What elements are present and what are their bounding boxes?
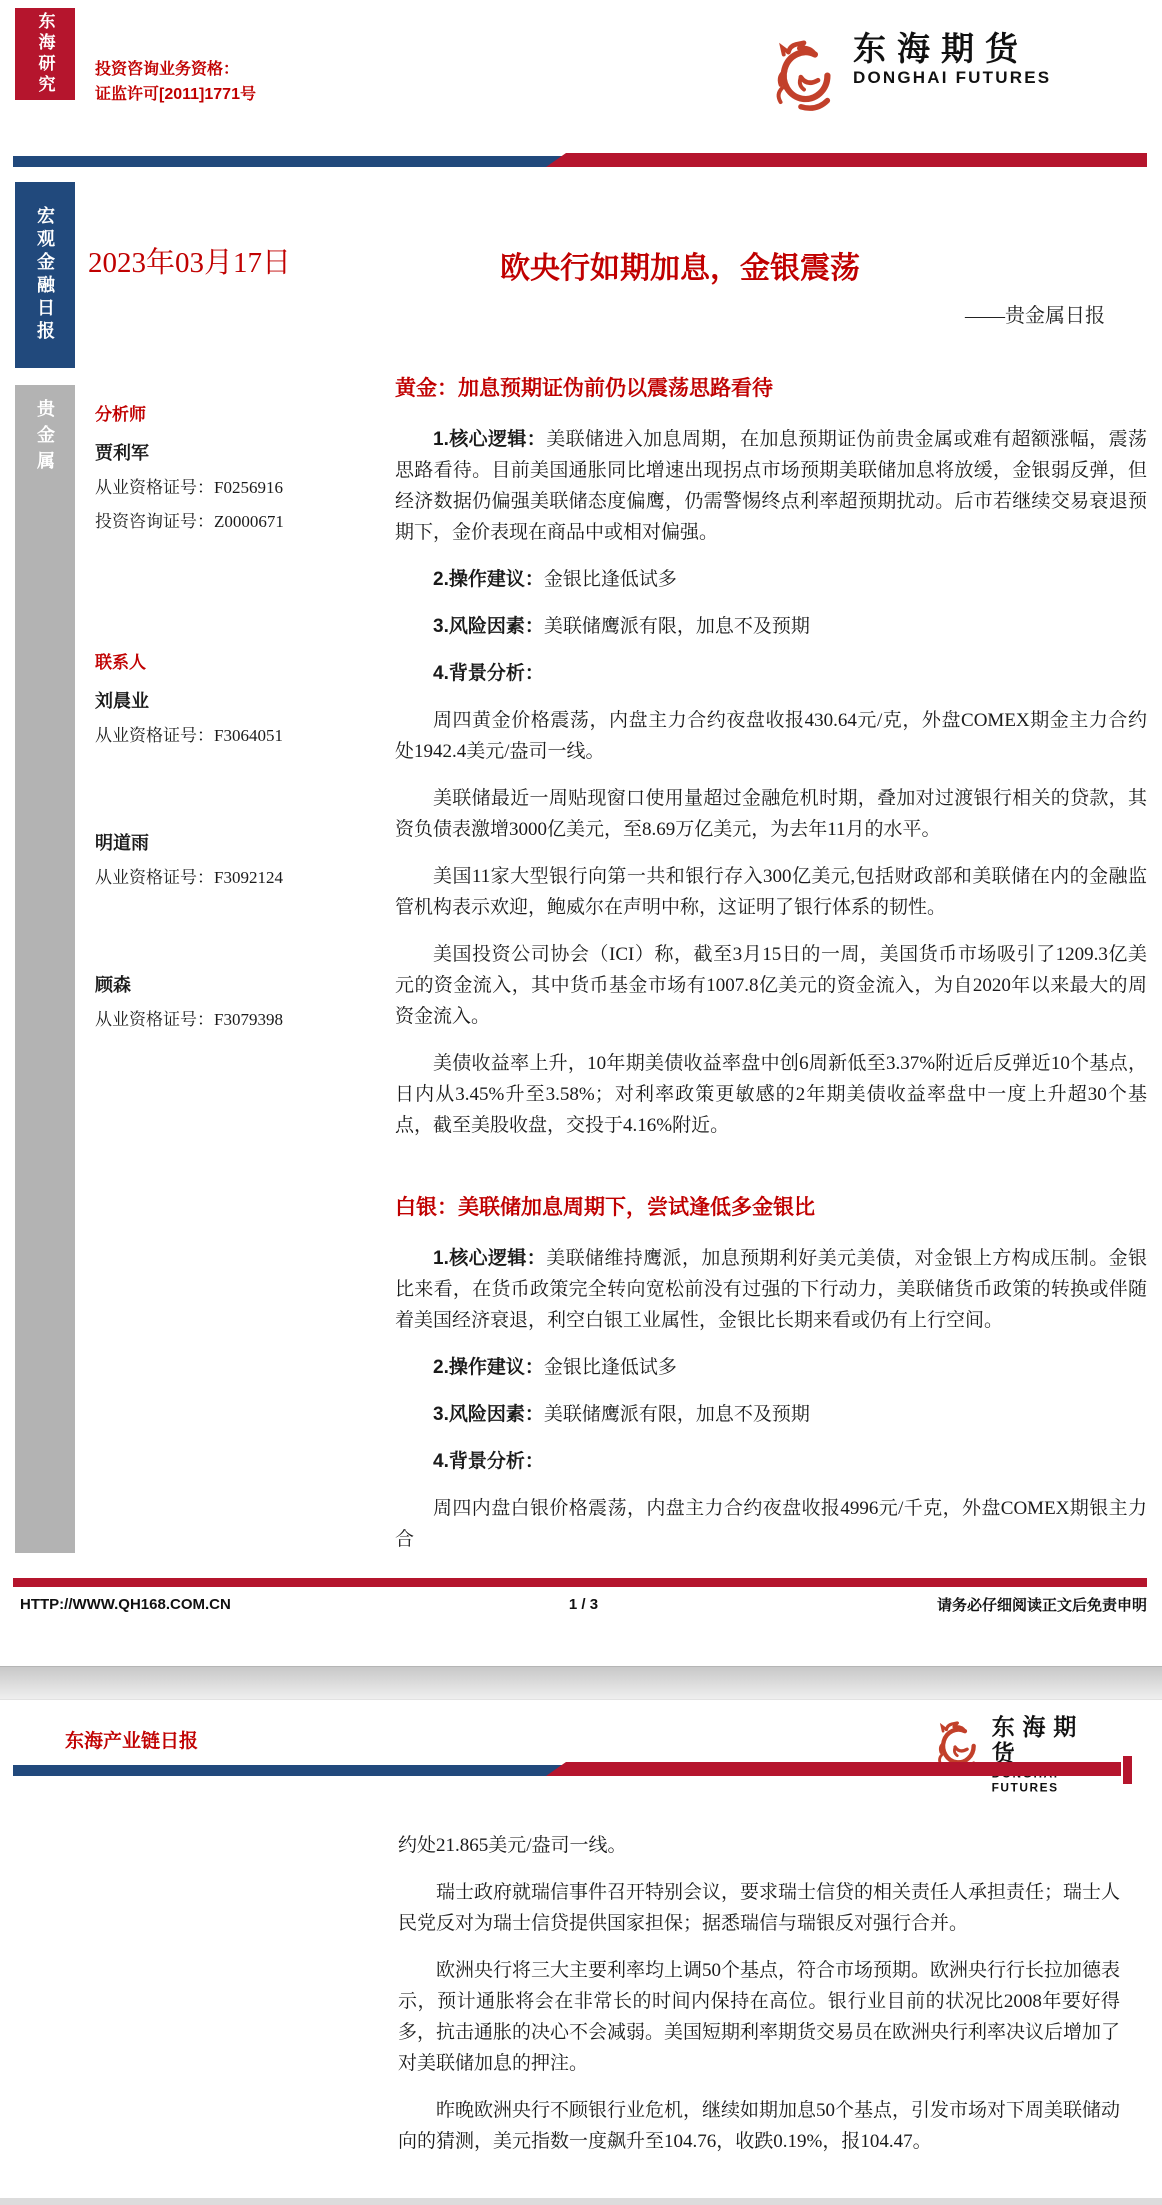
category-label: 宏观金融日报: [32, 206, 58, 344]
silver-point: 4.背景分析：: [395, 1446, 1147, 1477]
silver-section-heading: 白银：美联储加息周期下，尝试逢低多金银比: [395, 1191, 1147, 1221]
contact-cert: 从业资格证号：F3092124: [95, 867, 365, 889]
logo-name-en: DONGHAI FUTURES: [853, 68, 1051, 88]
silver-point: 3.风险因素：美联储鹰派有限，加息不及预期: [395, 1399, 1147, 1430]
point-label: 3.风险因素：: [433, 1404, 544, 1425]
qualification-line1: 投资咨询业务资格：: [95, 58, 256, 83]
point-label: 2.操作建议：: [433, 1357, 544, 1378]
gold-background-paragraph: 美联储最近一周贴现窗口使用量超过金融危机时期，叠加对过渡银行相关的贷款，其资负债…: [395, 783, 1147, 845]
silver-background-paragraph: 周四内盘白银价格震荡，内盘主力合约夜盘收报4996元/千克，外盘COMEX期银主…: [395, 1493, 1147, 1555]
contact-name: 明道雨: [95, 829, 365, 855]
gold-background-paragraph: 美国11家大型银行向第一共和银行存入300亿美元,包括财政部和美联储在内的金融监…: [395, 861, 1147, 923]
dragon-icon: [765, 30, 843, 123]
analyst-label: 分析师: [95, 400, 365, 425]
footer: HTTP://WWW.QH168.COM.CN 1 / 3 请务必仔细阅读正文后…: [20, 1594, 1147, 1615]
footer-disclaimer: 请务必仔细阅读正文后免责申明: [771, 1594, 1147, 1615]
gold-point: 2.操作建议：金银比逢低试多: [395, 564, 1147, 595]
metal-sidebar-box: 贵金属: [15, 385, 75, 1553]
report-subtitle: ——贵金属日报: [965, 299, 1105, 328]
point-label: 4.背景分析：: [433, 663, 544, 684]
company-logo: 东海期货 DONGHAI FUTURES: [765, 30, 1051, 123]
report-date: 2023年03月17日: [88, 240, 291, 281]
page2-header-divider-bar: [13, 1756, 1135, 1789]
analyst-cert: 投资咨询证号：Z0000671: [95, 511, 365, 533]
gold-background-paragraph: 周四黄金价格震荡，内盘主力合约夜盘收报430.64元/克，外盘COMEX期金主力…: [395, 705, 1147, 767]
gold-background-paragraph: 美债收益率上升，10年期美债收益率盘中创6周新低至3.37%附近后反弹近10个基…: [395, 1048, 1147, 1141]
page2-paragraph: 约处21.865美元/盎司一线。: [398, 1830, 1120, 1861]
gold-point: 4.背景分析：: [395, 658, 1147, 689]
contact-name: 刘晨业: [95, 687, 365, 713]
research-series-box: 东海研究: [15, 8, 75, 100]
contact-label: 联系人: [95, 648, 365, 673]
footer-divider-bar: [13, 1578, 1147, 1587]
page-1: 东海研究 投资咨询业务资格： 证监许可[2011]1771号: [0, 0, 1162, 1666]
logo-text: 东海期货 DONGHAI FUTURES: [853, 30, 1051, 88]
gold-point: 1.核心逻辑：美联储进入加息周期，在加息预期证伪前贵金属或难有超额涨幅，震荡思路…: [395, 424, 1147, 548]
page2-paragraph: 欧洲央行将三大主要利率均上调50个基点，符合市场预期。欧洲央行行长拉加德表示，预…: [398, 1955, 1120, 2079]
metal-label: 贵金属: [32, 399, 58, 1553]
point-label: 1.核心逻辑：: [433, 429, 546, 450]
research-series-label: 东海研究: [33, 12, 58, 96]
gold-section-heading: 黄金：加息预期证伪前仍以震荡思路看待: [395, 372, 1147, 402]
point-label: 4.背景分析：: [433, 1451, 544, 1472]
analyst-name: 贾利军: [95, 439, 365, 465]
point-label: 3.风险因素：: [433, 616, 544, 637]
silver-point: 2.操作建议：金银比逢低试多: [395, 1352, 1147, 1383]
page-separator: [0, 1666, 1162, 1700]
page2-header-title: 东海产业链日报: [65, 1726, 198, 1753]
page2-content: 约处21.865美元/盎司一线。 瑞士政府就瑞信事件召开特别会议，要求瑞士信贷的…: [398, 1830, 1120, 2173]
footer-page-number: 1 / 3: [396, 1596, 772, 1613]
report-sheet: 东海研究 投资咨询业务资格： 证监许可[2011]1771号: [0, 0, 1162, 2205]
point-text: 美联储鹰派有限，加息不及预期: [544, 616, 810, 637]
contact-cert: 从业资格证号：F3079398: [95, 1009, 365, 1031]
silver-point: 1.核心逻辑：美联储维持鹰派，加息预期利好美元美债，对金银上方构成压制。金银比来…: [395, 1243, 1147, 1336]
header-divider-bar: [13, 150, 1147, 173]
report-title: 欧央行如期加息，金银震荡: [500, 243, 860, 287]
page-2: 东海产业链日报 东海期货 DONGHAI FUTURES: [0, 1700, 1162, 2205]
gold-background-paragraph: 美国投资公司协会（ICI）称，截至3月15日的一周，美国货币市场吸引了1209.…: [395, 939, 1147, 1032]
page2-paragraph: 昨晚欧洲央行不顾银行业危机，继续如期加息50个基点，引发市场对下周美联储动向的猜…: [398, 2095, 1120, 2157]
gold-point: 3.风险因素：美联储鹰派有限，加息不及预期: [395, 611, 1147, 642]
analyst-column: 分析师 贾利军 从业资格证号：F0256916 投资咨询证号：Z0000671 …: [95, 400, 365, 1031]
point-label: 1.核心逻辑：: [433, 1248, 546, 1269]
category-box: 宏观金融日报: [15, 182, 75, 368]
main-content: 黄金：加息预期证伪前仍以震荡思路看待 1.核心逻辑：美联储进入加息周期，在加息预…: [395, 372, 1147, 1571]
point-text: 金银比逢低试多: [544, 569, 677, 590]
point-text: 金银比逢低试多: [544, 1357, 677, 1378]
point-text: 美联储鹰派有限，加息不及预期: [544, 1404, 810, 1425]
qualification-text: 投资咨询业务资格： 证监许可[2011]1771号: [95, 58, 256, 108]
contact-cert: 从业资格证号：F3064051: [95, 725, 365, 747]
analyst-cert: 从业资格证号：F0256916: [95, 477, 365, 499]
contact-name: 顾森: [95, 971, 365, 997]
qualification-line2: 证监许可[2011]1771号: [95, 83, 256, 108]
page2-paragraph: 瑞士政府就瑞信事件召开特别会议，要求瑞士信贷的相关责任人承担责任；瑞士人民党反对…: [398, 1877, 1120, 1939]
logo-name-cn: 东海期货: [853, 30, 1051, 68]
point-label: 2.操作建议：: [433, 569, 544, 590]
page-bottom-edge: [0, 2198, 1162, 2205]
footer-url: HTTP://WWW.QH168.COM.CN: [20, 1596, 396, 1613]
